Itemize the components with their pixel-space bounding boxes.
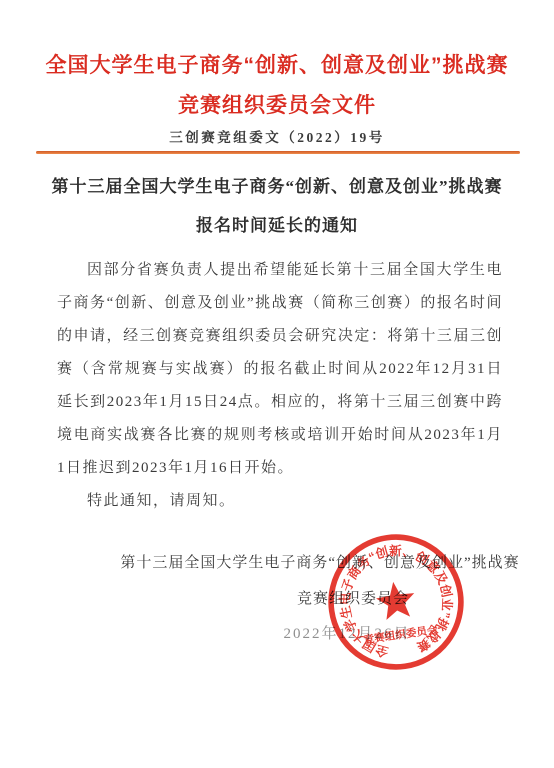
header-org-line1: 全国大学生电子商务“创新、创意及创业”挑战赛 xyxy=(0,46,554,86)
body-paragraph-closing: 特此通知，请周知。 xyxy=(57,485,503,518)
notice-title-line1: 第十三届全国大学生电子商务“创新、创意及创业”挑战赛 xyxy=(0,167,554,206)
signature-block: 第十三届全国大学生电子商务“创新、创意及创业”挑战赛 竞赛组织委员会 2022年… xyxy=(66,551,554,643)
document-page: 全国大学生电子商务“创新、创意及创业”挑战赛 竞赛组织委员会文件 三创赛竞组委文… xyxy=(0,0,554,768)
document-number: 三创赛竞组委文（2022）19号 xyxy=(0,126,554,146)
header-org-line2: 竞赛组织委员会文件 xyxy=(0,86,554,126)
document-red-header: 全国大学生电子商务“创新、创意及创业”挑战赛 竞赛组织委员会文件 xyxy=(0,46,554,126)
notice-body: 因部分省赛负责人提出希望能延长第十三届全国大学生电子商务“创新、创意及创业”挑战… xyxy=(57,254,503,518)
signature-org-line2: 竞赛组织委员会 xyxy=(109,587,554,608)
signature-date: 2022年12月26日 xyxy=(103,622,554,643)
body-paragraph-main: 因部分省赛负责人提出希望能延长第十三届全国大学生电子商务“创新、创意及创业”挑战… xyxy=(57,254,503,485)
signature-org-line1: 第十三届全国大学生电子商务“创新、创意及创业”挑战赛 xyxy=(76,551,554,572)
notice-title: 第十三届全国大学生电子商务“创新、创意及创业”挑战赛 报名时间延长的通知 xyxy=(0,167,554,245)
notice-title-line2: 报名时间延长的通知 xyxy=(0,206,554,245)
red-divider-line xyxy=(36,151,520,154)
